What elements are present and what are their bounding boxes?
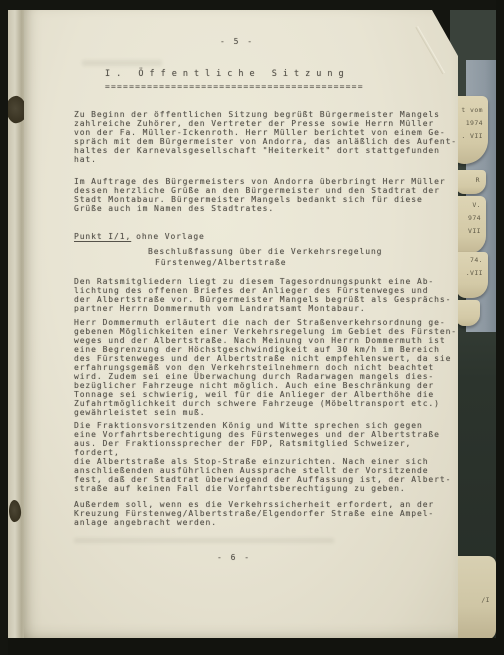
section-heading: I. Öffentliche Sitzung	[105, 70, 350, 79]
page-number-top: - 5 -	[220, 37, 254, 46]
bleed-through-smudge	[82, 60, 162, 66]
paragraph-dommermuth-statement: Herr Dommermuth erläutert die nach der S…	[74, 318, 457, 417]
bleed-through-smudge	[74, 538, 334, 543]
tab-fragment-text: R	[476, 176, 480, 184]
scanned-document: t vom 1974 . VII R V. 974 VII 74. .VII /…	[0, 0, 504, 655]
paragraph-open-letter: Den Ratsmitgliedern liegt zu diesem Tage…	[74, 277, 451, 313]
scan-border-right	[496, 0, 504, 655]
agenda-title-line1: Beschlußfassung über die Verkehrsregelun…	[148, 247, 382, 256]
agenda-item-line: Punkt I/1,ohne Vorlage	[74, 232, 205, 241]
page-tab: R	[456, 170, 486, 194]
heading-underline: ========================================…	[105, 82, 364, 91]
agenda-title-line2: Fürstenweg/Albertstraße	[155, 258, 286, 267]
page-tab: 74. .VII	[456, 252, 488, 298]
tab-fragment-text: 74. .VII	[466, 256, 483, 277]
agenda-item-label: Punkt I/1,	[74, 232, 131, 241]
paragraph-greeting: Zu Beginn der öffentlichen Sitzung begrü…	[74, 110, 457, 164]
tab-fragment-text: V. 974 VII	[468, 201, 481, 235]
tab-fragment-text: t vom 1974 . VII	[461, 106, 483, 140]
agenda-item-type: ohne Vorlage	[136, 232, 205, 241]
scan-border-top	[0, 0, 504, 10]
scan-border-left	[0, 0, 8, 655]
page-tab	[456, 300, 480, 326]
document-page: - 5 - I. Öffentliche Sitzung ===========…	[24, 10, 458, 640]
paragraph-factions-discussion: Die Fraktionsvorsitzenden König und Witt…	[74, 421, 458, 493]
paragraph-traffic-light: Außerdem soll, wenn es die Verkehrssiche…	[74, 500, 434, 527]
tab-fragment-text: /I	[481, 596, 490, 604]
scan-border-bottom	[0, 638, 504, 655]
paragraph-andorra-greetings: Im Auftrage des Bürgermeisters von Andor…	[74, 177, 446, 213]
page-number-next: - 6 -	[217, 553, 251, 562]
folded-corner-edge	[415, 26, 445, 74]
